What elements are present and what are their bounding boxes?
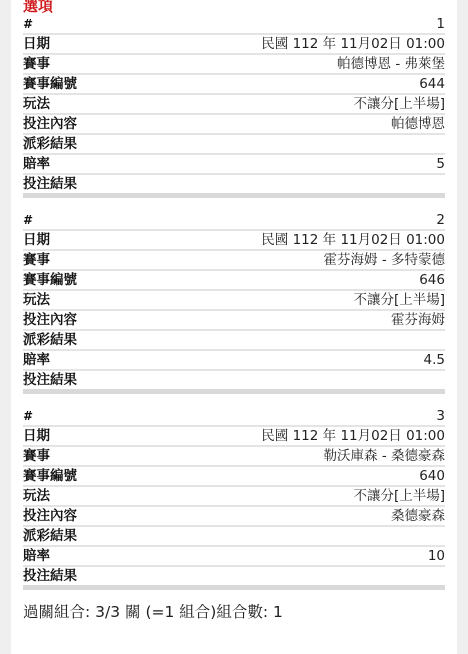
row-match-no: 賽事編號646 — [23, 271, 445, 291]
row-payout-result: 派彩結果 — [23, 331, 445, 351]
label-date: 日期 — [23, 231, 50, 249]
label-bet-result: 投注結果 — [23, 371, 77, 389]
value-date: 民國 112 年 11月02日 01:00 — [261, 427, 445, 445]
value-match-no: 644 — [419, 75, 445, 93]
row-index: #1 — [23, 15, 445, 35]
label-index: # — [23, 15, 31, 33]
label-bet-result: 投注結果 — [23, 175, 77, 193]
value-bet-content: 霍芬海姆 — [391, 311, 445, 329]
row-date: 日期民國 112 年 11月02日 01:00 — [23, 427, 445, 447]
row-odds: 賠率5 — [23, 155, 445, 175]
label-odds: 賠率 — [23, 155, 50, 173]
row-bet-result: 投注結果 — [23, 371, 445, 394]
row-index: #3 — [23, 407, 445, 427]
selection-block-1: #1 日期民國 112 年 11月02日 01:00 賽事帕德博恩 - 弗萊堡 … — [23, 15, 445, 198]
row-odds: 賠率10 — [23, 547, 445, 567]
label-index: # — [23, 211, 31, 229]
label-odds: 賠率 — [23, 351, 50, 369]
label-date: 日期 — [23, 35, 50, 53]
label-bet-result: 投注結果 — [23, 567, 77, 585]
label-play: 玩法 — [23, 95, 50, 113]
label-bet-content: 投注內容 — [23, 115, 77, 133]
value-date: 民國 112 年 11月02日 01:00 — [261, 231, 445, 249]
value-index: 2 — [436, 211, 445, 229]
label-payout-result: 派彩結果 — [23, 331, 77, 349]
row-bet-content: 投注內容桑德豪森 — [23, 507, 445, 527]
label-bet-content: 投注內容 — [23, 507, 77, 525]
label-odds: 賠率 — [23, 547, 50, 565]
label-play: 玩法 — [23, 487, 50, 505]
row-match: 賽事霍芬海姆 - 多特蒙德 — [23, 251, 445, 271]
row-bet-content: 投注內容霍芬海姆 — [23, 311, 445, 331]
row-payout-result: 派彩結果 — [23, 527, 445, 547]
value-index: 3 — [436, 407, 445, 425]
row-bet-result: 投注結果 — [23, 175, 445, 198]
value-match: 帕德博恩 - 弗萊堡 — [337, 55, 445, 73]
label-match: 賽事 — [23, 447, 50, 465]
value-index: 1 — [436, 15, 445, 33]
row-index: #2 — [23, 211, 445, 231]
row-date: 日期民國 112 年 11月02日 01:00 — [23, 231, 445, 251]
label-payout-result: 派彩結果 — [23, 527, 77, 545]
value-match: 勒沃庫森 - 桑德豪森 — [324, 447, 445, 465]
label-payout-result: 派彩結果 — [23, 135, 77, 153]
row-match-no: 賽事編號640 — [23, 467, 445, 487]
value-play: 不讓分[上半場] — [353, 291, 445, 309]
label-match: 賽事 — [23, 55, 50, 73]
label-bet-content: 投注內容 — [23, 311, 77, 329]
value-odds: 4.5 — [424, 351, 445, 369]
value-bet-content: 帕德博恩 — [391, 115, 445, 133]
parlay-summary: 過關組合: 3/3 關 (=1 組合)組合數: 1 — [23, 600, 283, 622]
value-match-no: 646 — [419, 271, 445, 289]
value-match: 霍芬海姆 - 多特蒙德 — [324, 251, 445, 269]
value-play: 不讓分[上半場] — [353, 95, 445, 113]
bet-details-card: 選項 #1 日期民國 112 年 11月02日 01:00 賽事帕德博恩 - 弗… — [11, 0, 457, 640]
row-odds: 賠率4.5 — [23, 351, 445, 371]
row-play: 玩法不讓分[上半場] — [23, 95, 445, 115]
row-payout-result: 派彩結果 — [23, 135, 445, 155]
label-match-no: 賽事編號 — [23, 75, 77, 93]
label-index: # — [23, 407, 31, 425]
section-title: 選項 — [23, 0, 53, 15]
label-match: 賽事 — [23, 251, 50, 269]
row-match-no: 賽事編號644 — [23, 75, 445, 95]
selection-block-2: #2 日期民國 112 年 11月02日 01:00 賽事霍芬海姆 - 多特蒙德… — [23, 211, 445, 394]
label-match-no: 賽事編號 — [23, 271, 77, 289]
row-match: 賽事勒沃庫森 - 桑德豪森 — [23, 447, 445, 467]
row-bet-content: 投注內容帕德博恩 — [23, 115, 445, 135]
row-play: 玩法不讓分[上半場] — [23, 291, 445, 311]
value-play: 不讓分[上半場] — [353, 487, 445, 505]
row-date: 日期民國 112 年 11月02日 01:00 — [23, 35, 445, 55]
selection-block-3: #3 日期民國 112 年 11月02日 01:00 賽事勒沃庫森 - 桑德豪森… — [23, 407, 445, 590]
value-odds: 10 — [428, 547, 445, 565]
label-match-no: 賽事編號 — [23, 467, 77, 485]
value-odds: 5 — [436, 155, 445, 173]
row-match: 賽事帕德博恩 - 弗萊堡 — [23, 55, 445, 75]
value-date: 民國 112 年 11月02日 01:00 — [261, 35, 445, 53]
value-match-no: 640 — [419, 467, 445, 485]
row-bet-result: 投注結果 — [23, 567, 445, 590]
label-date: 日期 — [23, 427, 50, 445]
row-play: 玩法不讓分[上半場] — [23, 487, 445, 507]
value-bet-content: 桑德豪森 — [391, 507, 445, 525]
label-play: 玩法 — [23, 291, 50, 309]
